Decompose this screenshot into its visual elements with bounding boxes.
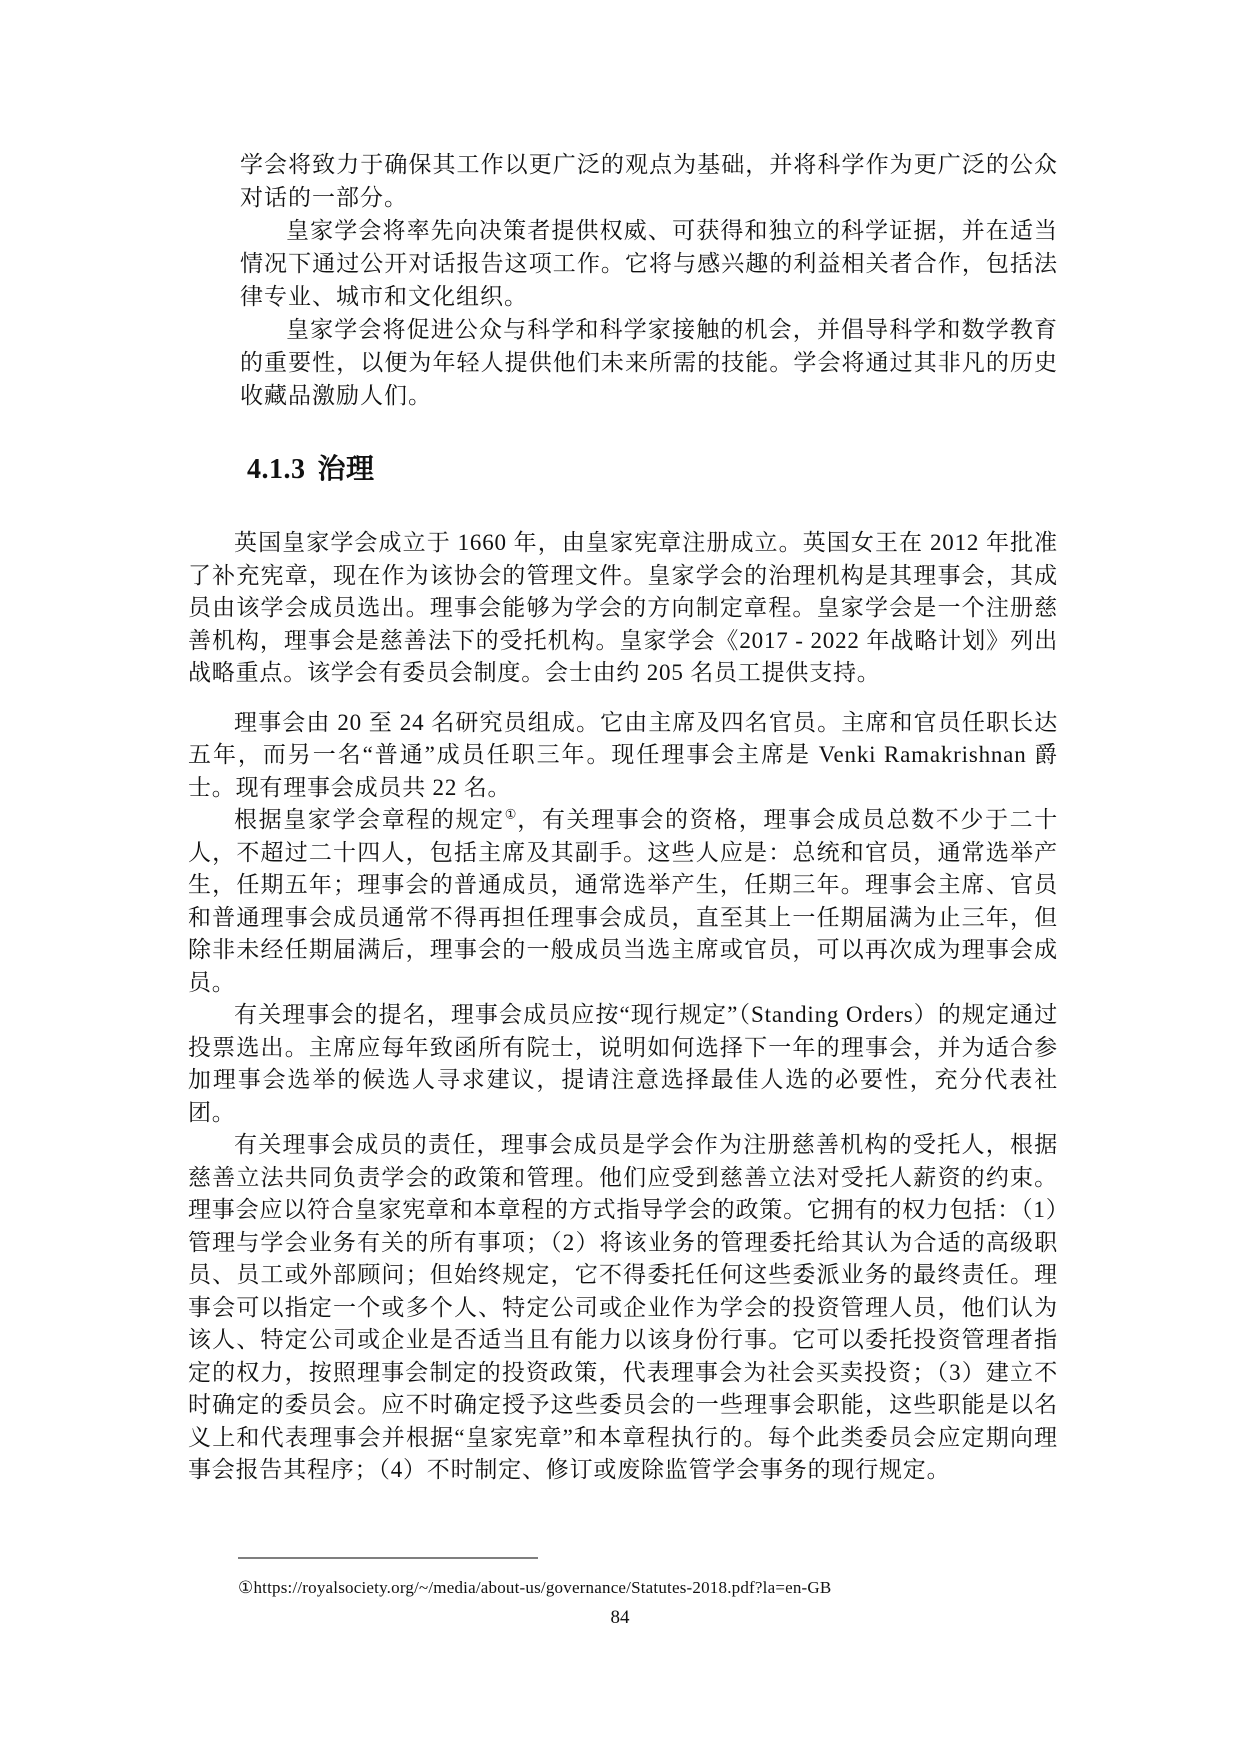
paragraph-council-composition: 理事会由 20 至 24 名研究员组成。它由主席及四名官员。主席和官员任职长达五…	[188, 707, 1058, 805]
footnote-reference-mark: ①	[505, 806, 517, 821]
quote-paragraph: 皇家学会将促进公众与科学和科学家接触的机会，并倡导科学和数学教育的重要性，以便为…	[240, 314, 1058, 413]
section-title: 治理	[318, 454, 375, 485]
paragraph-council-nomination: 有关理事会的提名，理事会成员应按“现行规定”（Standing Orders）的…	[188, 999, 1058, 1129]
section-heading: 4.1.3治理	[247, 452, 375, 488]
paragraph-council-responsibilities: 有关理事会成员的责任，理事会成员是学会作为注册慈善机构的受托人，根据慈善立法共同…	[188, 1129, 1058, 1487]
section-number: 4.1.3	[247, 454, 306, 485]
footnote-marker: ①	[238, 1578, 253, 1597]
paragraph-council-qualifications: 根据皇家学会章程的规定①，有关理事会的资格，理事会成员总数不少于二十人，不超过二…	[188, 804, 1058, 999]
block-quote: 学会将致力于确保其工作以更广泛的观点为基础，并将科学作为更广泛的公众对话的一部分…	[240, 149, 1058, 413]
quote-paragraph: 皇家学会将率先向决策者提供权威、可获得和独立的科学证据，并在适当情况下通过公开对…	[240, 215, 1058, 314]
paragraph-text: 根据皇家学会章程的规定	[234, 807, 505, 832]
footnote-url: https://royalsociety.org/~/media/about-u…	[253, 1578, 831, 1597]
footnote-divider	[238, 1557, 538, 1559]
document-page: 学会将致力于确保其工作以更广泛的观点为基础，并将科学作为更广泛的公众对话的一部分…	[0, 0, 1240, 1753]
paragraph-text: ，有关理事会的资格，理事会成员总数不少于二十人，不超过二十四人，包括主席及其副手…	[188, 807, 1058, 995]
footnote: ①https://royalsociety.org/~/media/about-…	[238, 1577, 1058, 1599]
body-text: 英国皇家学会成立于 1660 年，由皇家宪章注册成立。英国女王在 2012 年批…	[188, 527, 1058, 1487]
paragraph-founding: 英国皇家学会成立于 1660 年，由皇家宪章注册成立。英国女王在 2012 年批…	[188, 527, 1058, 690]
quote-paragraph: 学会将致力于确保其工作以更广泛的观点为基础，并将科学作为更广泛的公众对话的一部分…	[240, 149, 1058, 215]
page-number: 84	[0, 1607, 1240, 1629]
